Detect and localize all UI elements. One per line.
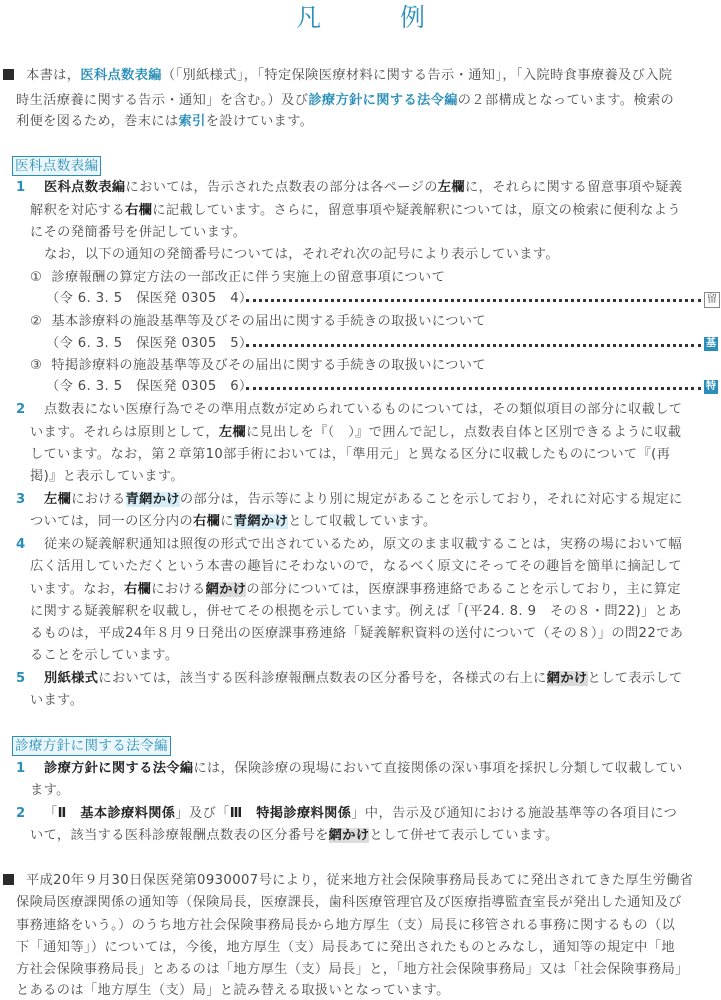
text: の部分は，告示等により別に規定があることを示しており，それに対応する規定に — [180, 492, 683, 507]
item-line: 1診療方針に関する法令編には，保険診療の現場において直接関係の深い事項を採択し分… — [16, 759, 683, 779]
notice-1-ref: （令 6. 3. 5 保医発 0305 4） 留 — [46, 289, 721, 309]
text: 右欄 — [125, 203, 152, 218]
leader-dots — [246, 299, 701, 302]
text: （「別紙様式」，「特定保険医療材料に関する告示・通知」，「入院時食事療養及び入院 — [162, 68, 673, 83]
blue-shading-sample: 青網かけ — [126, 492, 180, 507]
text: 「 — [44, 806, 58, 821]
blue-shading-sample: 青網かけ — [234, 514, 288, 529]
text: います。なお， — [30, 582, 124, 597]
closing-line-6: とあるのは「地方厚生（支）局」と読み替える取扱いとなっています。 — [16, 981, 450, 1000]
keyword-regulations: 診療方針に関する法令編 — [308, 93, 457, 108]
text: の２部構成となっています。検索の — [458, 93, 674, 108]
item-line: います。 — [30, 691, 83, 711]
text: に記載しています。さらに，留意事項や疑義解釈については，原文の検索に便利なよう — [152, 203, 681, 218]
notice-1-title: ① 診療報酬の算定方法の一部改正に伴う実施上の留意事項について — [30, 268, 445, 288]
text: います。それらは原則として， — [30, 425, 219, 440]
text: 時生活療養に関する告示・通知」を含む。）及び — [16, 93, 308, 108]
text: に見出しを『（ ）』で囲んで記し，点数表自体と区別できるように収載 — [246, 425, 681, 440]
text: として併せて表示しています。 — [369, 828, 558, 843]
item-line: なお，以下の通知の発簡番号については，それぞれ次の記号により表示しています。 — [44, 245, 559, 265]
square-bullet-icon — [3, 69, 14, 80]
text: （令 6. 3. 5 保医発 0305 5） — [46, 336, 253, 351]
text: の部分については，医療課事務連絡であることを示しており，主に算定 — [246, 582, 681, 597]
text: として収載しています。 — [288, 514, 436, 529]
text: における — [71, 492, 125, 507]
text: 別紙様式 — [44, 671, 98, 686]
intro-line-3: 利便を図るため，巻末には索引を設けています。 — [16, 112, 313, 132]
gray-shading-sample: 網かけ — [206, 582, 247, 597]
text: 診療報酬の算定方法の一部改正に伴う実施上の留意事項について — [51, 270, 445, 285]
item-line: います。それらは原則として，左欄に見出しを『（ ）』で囲んで記し，点数表自体と区… — [30, 423, 681, 443]
section-heading-medical-fee-table: 医科点数表編 — [12, 156, 101, 176]
notice-3-ref: （令 6. 3. 5 保医発 0305 6） 特 — [46, 377, 721, 397]
circled-number: ① — [30, 270, 42, 285]
text: 特掲診療料の施設基準等及びその届出に関する手続きの取扱いについて — [51, 358, 486, 373]
tag-ki-icon: 基 — [704, 337, 718, 351]
item-line: にその発簡番号を併記しています。 — [30, 223, 246, 243]
tag-ryu-icon: 留 — [704, 292, 720, 308]
text: 右欄 — [124, 582, 151, 597]
item-line: 2点数表にない医療行為でその準用点数が定められているものについては，その類似項目… — [16, 400, 682, 420]
gray-shading-sample: 網かけ — [547, 671, 588, 686]
item-line: しています。なお，第２章第10部手術においては，「準用元」と異なる区分に収載した… — [30, 445, 670, 465]
text: 左欄 — [219, 425, 246, 440]
text: 解釈を対応する — [30, 203, 125, 218]
notice-3-title: ③ 特掲診療料の施設基準等及びその届出に関する手続きの取扱いについて — [30, 356, 486, 376]
item-line: 2「Ⅱ 基本診療料関係」及び「Ⅲ 特掲診療料関係」中，告示及び通知における施設基… — [16, 804, 677, 824]
item-number: 1 — [16, 759, 44, 779]
item-number: 2 — [16, 400, 44, 420]
title-char-2: 例 — [400, 0, 425, 34]
text: 医科点数表編 — [44, 180, 126, 195]
item-line: 掲)』と表示しています。 — [30, 467, 184, 487]
text: 本書は， — [26, 68, 80, 83]
item-line: 5別紙様式においては，該当する医科診療報酬点数表の区分番号を，各様式の右上に網か… — [16, 669, 683, 689]
text: ついては，同一の区分内の — [30, 514, 193, 529]
text: 」及び「 — [175, 806, 229, 821]
item-line: るものは，平成24年８月９日発出の医療課事務連絡「疑義解釈資料の送付について（そ… — [30, 624, 683, 644]
text: には，保険診療の現場において直接関係の深い事項を採択し分類して収載してい — [193, 761, 682, 776]
text: 右欄 — [193, 514, 220, 529]
leader-dots — [246, 344, 701, 347]
item-line: 広く活用していただくという本書の趣旨にそわないので，なるべく原文にそってその趣旨… — [30, 557, 682, 577]
item-number: 5 — [16, 669, 44, 689]
notice-2-title: ② 基本診療料の施設基準等及びその届出に関する手続きの取扱いについて — [30, 312, 486, 332]
keyword-index: 索引 — [179, 114, 206, 129]
closing-line-3: 事務連絡をいう。）のうち地方社会保険事務局長から地方厚生（支）局長に移管される事… — [16, 916, 675, 936]
item-line: います。なお，右欄における網かけの部分については，医療課事務連絡であることを示し… — [30, 580, 681, 600]
text: いて，該当する医科診療報酬点数表の区分番号を — [30, 828, 329, 843]
text: 左欄 — [438, 180, 465, 195]
circled-number: ② — [30, 314, 42, 329]
intro-line-2: 時生活療養に関する告示・通知」を含む。）及び診療方針に関する法令編の２部構成とな… — [16, 91, 674, 111]
notice-2-ref: （令 6. 3. 5 保医発 0305 5） 基 — [46, 334, 721, 354]
text: においては，告示された点数表の部分は各ページの — [126, 180, 438, 195]
item-line: ます。 — [30, 781, 70, 801]
item-line: ついては，同一の区分内の右欄に青網かけとして収載しています。 — [30, 512, 437, 532]
item-line: 4従来の疑義解釈通知は照復の形式で出されているため，原文のまま収載することは，実… — [16, 535, 682, 555]
item-line: 3左欄における青網かけの部分は，告示等により別に規定があることを示しており，それ… — [16, 490, 683, 510]
text: として表示して — [588, 671, 683, 686]
tag-toku-icon: 特 — [704, 380, 718, 394]
closing-line-4: 下「通知等」）については，今後，地方厚生（支）局長あてに発出されたものとみなし，… — [16, 938, 675, 958]
item-line: に関する疑義解釈を収載し，併せてその根拠を示しています。例えば「(平24. 8.… — [30, 602, 682, 622]
text: においては，該当する医科診療報酬点数表の区分番号を，各様式の右上に — [98, 671, 546, 686]
intro-line-1: 本書は，医科点数表編（「別紙様式」，「特定保険医療材料に関する告示・通知」，「入… — [3, 66, 672, 86]
gray-shading-sample: 網かけ — [329, 828, 370, 843]
title-char-1: 凡 — [296, 0, 321, 34]
leader-dots — [246, 387, 701, 390]
closing-line-1: 平成20年９月30日保医発第0930007号により，従来地方社会保険事務局長あて… — [3, 871, 693, 891]
item-line: 解釈を対応する右欄に記載しています。さらに，留意事項や疑義解釈については，原文の… — [30, 201, 681, 221]
text: 利便を図るため，巻末には — [16, 114, 179, 129]
circled-number: ③ — [30, 358, 42, 373]
text: に — [220, 514, 234, 529]
text: （令 6. 3. 5 保医発 0305 4） — [46, 291, 253, 306]
item-line: 1医科点数表編においては，告示された点数表の部分は各ページの左欄に，それらに関す… — [16, 178, 682, 198]
text: Ⅱ 基本診療料関係 — [58, 806, 176, 821]
text: 従来の疑義解釈通知は照復の形式で出されているため，原文のまま収載することは，実務… — [44, 537, 682, 552]
text: Ⅲ 特掲診療料関係 — [230, 806, 352, 821]
text: に，それらに関する留意事項や疑義 — [465, 180, 682, 195]
text: を設けています。 — [206, 114, 314, 129]
item-number: 1 — [16, 178, 44, 198]
text: 点数表にない医療行為でその準用点数が定められているものについては，その類似項目の… — [44, 402, 682, 417]
text: （令 6. 3. 5 保医発 0305 6） — [46, 379, 253, 394]
text: 平成20年９月30日保医発第0930007号により，従来地方社会保険事務局長あて… — [26, 873, 693, 888]
text: 基本診療料の施設基準等及びその届出に関する手続きの取扱いについて — [51, 314, 486, 329]
item-line: ることを示しています。 — [30, 646, 178, 666]
keyword-medical-fee-table: 医科点数表編 — [80, 68, 162, 83]
closing-line-2: 保険局医療課関係の通知等（保険局長，医療課長，歯科医療管理官及び医療指導監査室長… — [16, 893, 682, 913]
item-number: 2 — [16, 804, 44, 824]
text: 左欄 — [44, 492, 71, 507]
text: における — [151, 582, 205, 597]
square-bullet-icon — [3, 874, 14, 885]
item-number: 3 — [16, 490, 44, 510]
section-heading-regulations: 診療方針に関する法令編 — [12, 736, 171, 756]
item-line: いて，該当する医科診療報酬点数表の区分番号を網かけとして併せて表示しています。 — [30, 826, 559, 846]
closing-line-5: 方社会保険事務局長」とあるのは「地方厚生（支）局長」と，「地方社会保険事務局」又… — [16, 960, 689, 980]
text: 診療方針に関する法令編 — [44, 761, 193, 776]
text: 」中，告示及び通知における施設基準等の各項目につ — [351, 806, 677, 821]
item-number: 4 — [16, 535, 44, 555]
